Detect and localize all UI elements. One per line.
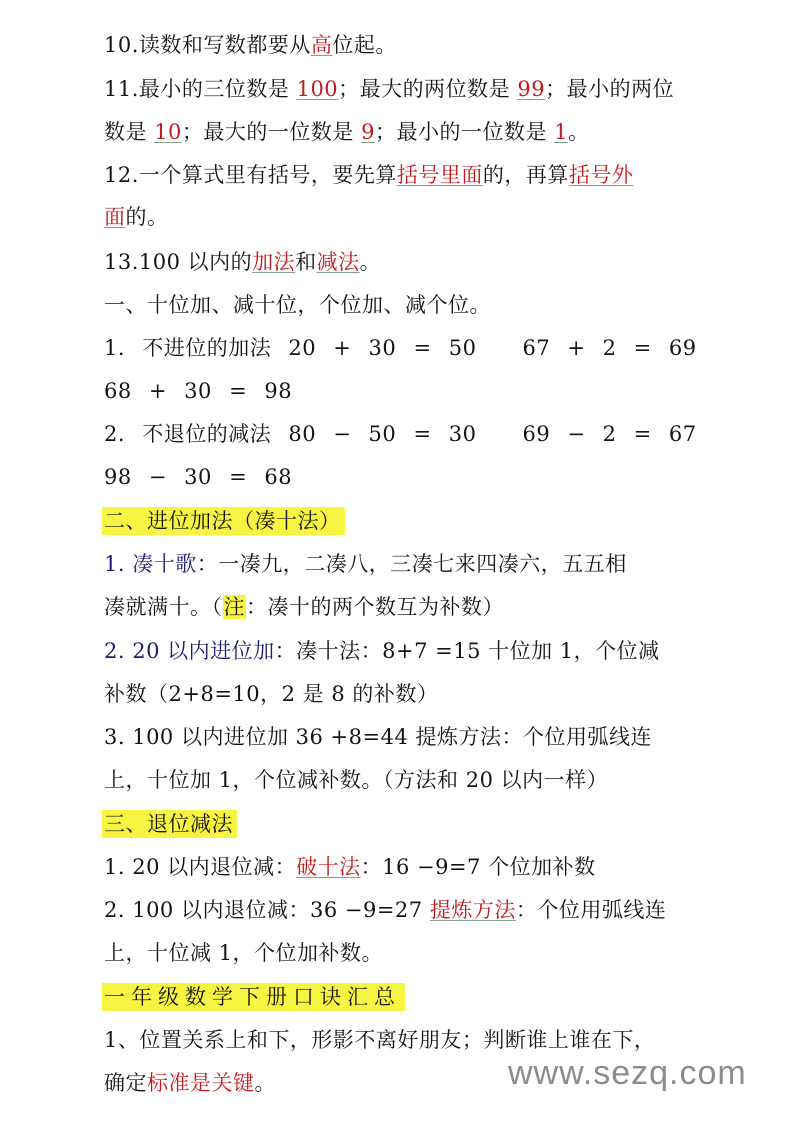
highlighted-heading: 二、进位加法（凑十法） [102,507,345,535]
section-1-item-1-line1: 1. 不进位的加法 20 + 30 = 5067 + 2 = 69 [104,333,697,363]
emphasis-carry-within-20: 20 以内进位加 [132,639,274,663]
section-1-item-1-line2: 68 + 30 = 98 [104,376,292,406]
text: ；最大的一位数是 [182,120,361,144]
rule-10: 10.读数和写数都要从高位起。 [104,30,397,60]
text: 。 [568,120,590,144]
highlighted-heading: 一年级数学下册口诀汇总 [102,983,405,1011]
text: 12.一个算式里有括号，要先算 [104,163,397,187]
section-2-item-1-line1: 1. 凑十歌：一凑九，二凑八，三凑七来四凑六，五五相 [104,549,627,579]
equation: 20 + 30 = 50 [288,336,476,360]
text: ；最大的两位数是 [338,77,517,101]
section-1-heading: 一、十位加、减十位，个位加、减个位。 [104,290,491,320]
equation: 69 − 2 = 67 [522,422,696,446]
rule-11-line2: 数是 10；最大的一位数是 9；最小的一位数是 1。 [104,117,590,147]
text: ：16 −9=7 个位加补数 [361,855,596,879]
text: 1. [104,552,132,576]
rule-13: 13.100 以内的加法和减法。 [104,247,381,277]
text: ：凑十法：8+7 =15 十位加 1，个位减 [275,639,660,663]
equation: 68 + 30 = 98 [104,379,292,403]
emphasis-refine-method: 提炼方法 [430,898,516,922]
section-2-heading: 二、进位加法（凑十法） [104,506,345,536]
equation: 67 + 2 = 69 [522,336,696,360]
emphasis-high: 高 [311,33,333,57]
section-2-item-3-line2: 上，十位加 1，个位减补数。（方法和 20 以内一样） [104,765,608,795]
section-1-item-2-line2: 98 − 30 = 68 [104,462,292,492]
section-2-item-3-line1: 3. 100 以内进位加 36 +8=44 提炼方法：个位用弧线连 [104,722,652,752]
text: 和 [295,250,317,274]
text: 2. [104,639,132,663]
rule-12-line2: 面的。 [104,202,169,232]
emphasis-inside-brackets: 括号里面 [397,163,483,187]
watermark: www.sezq.com [508,1054,747,1093]
text: 。 [360,250,382,274]
text: 13.100 以内的 [104,250,252,274]
emphasis-outside-brackets-cont: 面 [104,205,126,229]
text: 10.读数和写数都要从 [104,33,311,57]
emphasis-addition: 加法 [252,250,295,274]
text: 的，再算 [483,163,569,187]
rule-12-line1: 12.一个算式里有括号，要先算括号里面的，再算括号外 [104,160,633,190]
text: 1. 20 以内退位减： [104,855,296,879]
emphasis-break-ten: 破十法 [296,855,361,879]
equation: 98 − 30 = 68 [104,465,292,489]
text: ；最小的两位 [545,77,674,101]
text: 11.最小的三位数是 [104,77,297,101]
section-3-item-2-line2: 上，十位减 1，个位加补数。 [104,938,383,968]
text: 位起。 [332,33,397,57]
section-3-item-2-line1: 2. 100 以内退位减：36 −9=27 提炼方法：个位用弧线连 [104,895,666,925]
rule-11-line1: 11.最小的三位数是 100；最大的两位数是 99；最小的两位 [104,74,674,104]
text: 凑就满十。（ [104,595,223,619]
section-2-item-1-line2: 凑就满十。（注：凑十的两个数互为补数） [104,592,504,622]
emphasis-make-ten-song: 凑十歌 [132,552,197,576]
text: 上，十位加 1，个位减补数。（方法和 20 以内一样） [104,768,608,792]
text: 2. 不退位的减法 [104,422,288,446]
note-label: 注 [223,595,247,619]
text: ；最小的一位数是 [375,120,554,144]
text: ：个位用弧线连 [516,898,667,922]
emphasis-outside-brackets: 括号外 [569,163,634,187]
text: 1、位置关系上和下，形影不离好朋友；判断谁上谁在下， [104,1028,655,1052]
text: ：凑十的两个数互为补数） [246,595,504,619]
text: 确定 [104,1071,147,1095]
section-4-item-1-line2: 确定标准是关键。 [104,1068,276,1098]
section-4-item-1-line1: 1、位置关系上和下，形影不离好朋友；判断谁上谁在下， [104,1025,655,1055]
text: 2. 100 以内退位减：36 −9=27 [104,898,430,922]
text: ：一凑九，二凑八，三凑七来四凑六，五五相 [197,552,627,576]
section-3-heading: 三、退位减法 [104,809,237,839]
equation: 80 − 50 = 30 [288,422,476,446]
emphasis-10: 10 [154,120,182,144]
section-1-item-2-line1: 2. 不退位的减法 80 − 50 = 3069 − 2 = 67 [104,419,697,449]
emphasis-9: 9 [361,120,375,144]
section-2-item-2-line2: 补数（2+8=10，2 是 8 的补数） [104,679,438,709]
highlighted-heading: 三、退位减法 [102,810,237,838]
section-3-item-1: 1. 20 以内退位减：破十法：16 −9=7 个位加补数 [104,852,596,882]
emphasis-subtraction: 减法 [317,250,360,274]
emphasis-standard-is-key: 标准是关键 [147,1071,255,1095]
text: 的。 [126,205,169,229]
text: 上，十位减 1，个位加补数。 [104,941,383,965]
emphasis-99: 99 [517,77,545,101]
text: 3. 100 以内进位加 36 +8=44 提炼方法：个位用弧线连 [104,725,652,749]
section-4-heading: 一年级数学下册口诀汇总 [104,982,405,1012]
text: 。 [255,1071,277,1095]
text: 1. 不进位的加法 [104,336,288,360]
text: 补数（2+8=10，2 是 8 的补数） [104,682,438,706]
text: 数是 [104,120,154,144]
section-2-item-2-line1: 2. 20 以内进位加：凑十法：8+7 =15 十位加 1，个位减 [104,636,660,666]
emphasis-100: 100 [297,77,339,101]
text: 一、十位加、减十位，个位加、减个位。 [104,293,491,317]
emphasis-1: 1 [554,120,568,144]
